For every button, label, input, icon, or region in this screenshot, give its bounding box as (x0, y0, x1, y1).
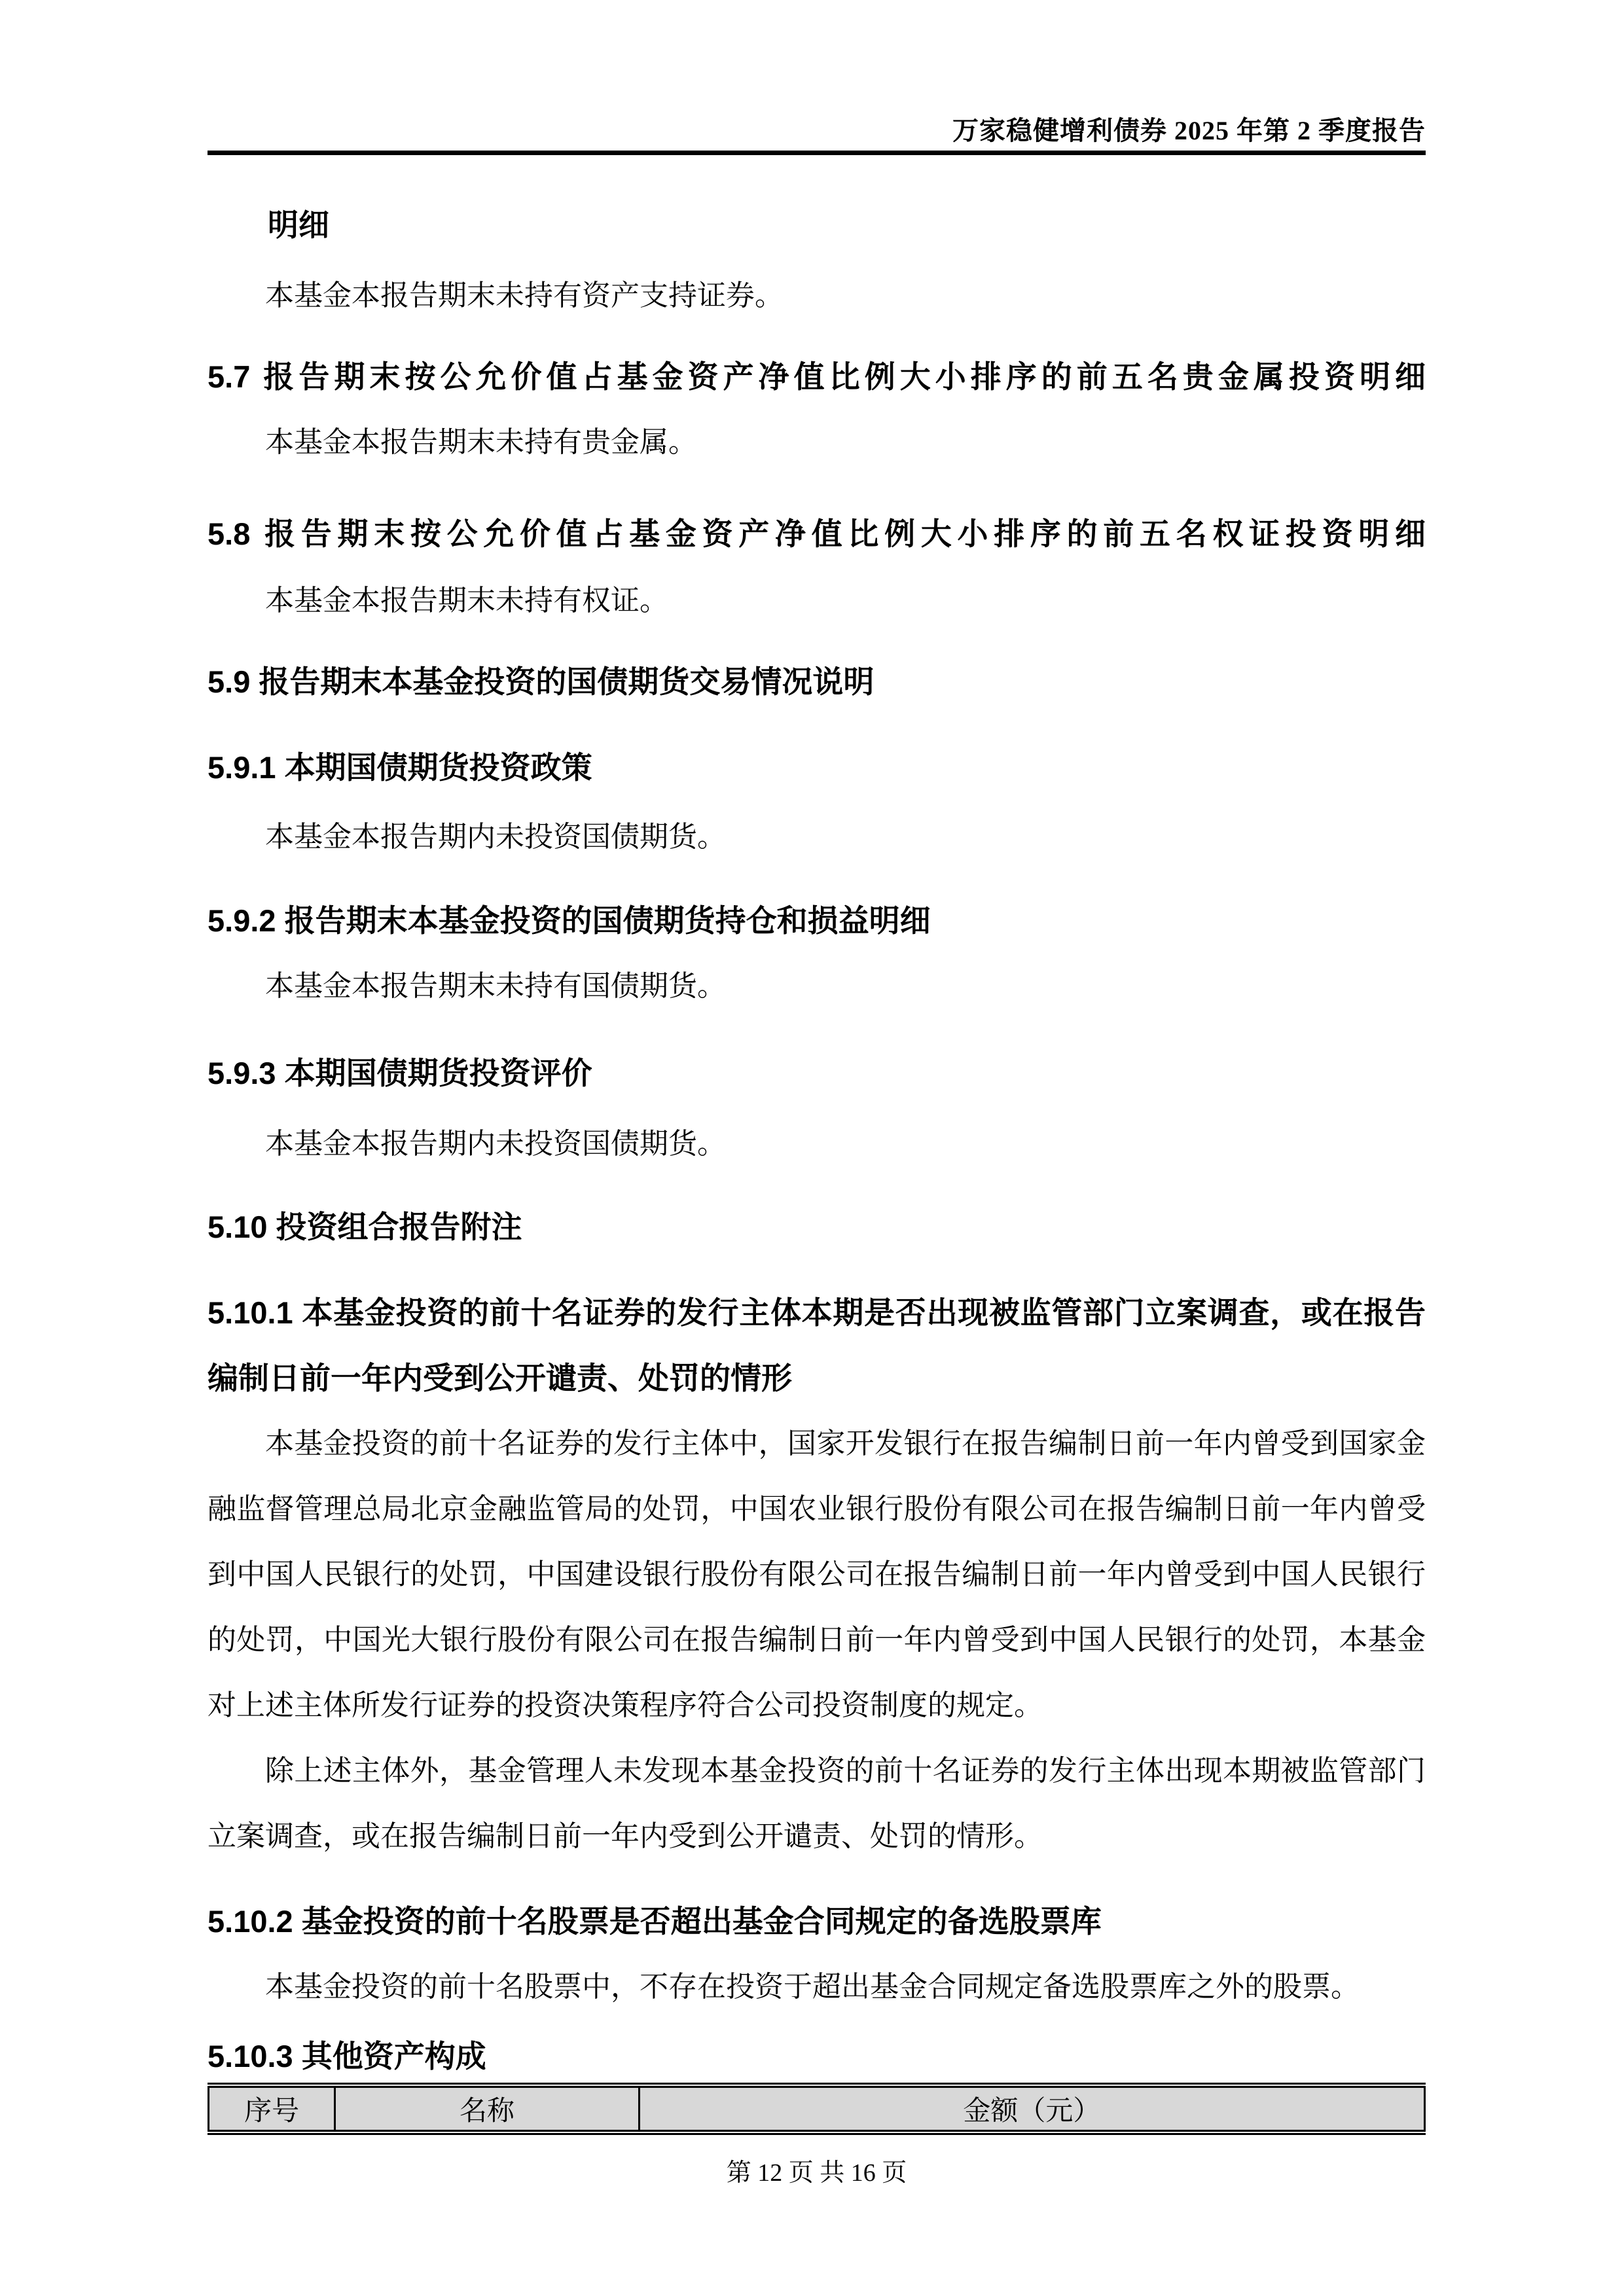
body-paragraph-treasury-policy: 本基金本报告期内未投资国债期货。 (208, 804, 1426, 870)
section-heading-5-6-tail: 明细 (268, 192, 1426, 258)
section-heading-5-10-1: 5.10.1 本基金投资的前十名证券的发行主体本期是否出现被监管部门立案调查，或… (208, 1280, 1426, 1411)
page-content: 万家稳健增利债券 2025 年第 2 季度报告 明细 本基金本报告期末未持有资产… (208, 111, 1426, 2193)
running-header: 万家稳健增利债券 2025 年第 2 季度报告 (208, 111, 1426, 151)
report-page: 万家稳健增利债券 2025 年第 2 季度报告 明细 本基金本报告期末未持有资产… (0, 0, 1624, 2296)
page-number: 第 12 页 共 16 页 (208, 2153, 1426, 2193)
table-header-name: 名称 (335, 2085, 640, 2132)
body-paragraph-abs: 本基金本报告期末未持有资产支持证券。 (208, 263, 1426, 329)
section-heading-5-9-3: 5.9.3 本期国债期货投资评价 (208, 1041, 1426, 1106)
section-heading-5-10-3: 5.10.3 其他资产构成 (208, 2034, 1426, 2079)
other-assets-table: 序号 名称 金额（元） (208, 2083, 1426, 2135)
section-heading-5-10: 5.10 投资组合报告附注 (208, 1194, 1426, 1260)
table-header-amount: 金额（元） (639, 2085, 1424, 2132)
body-paragraph-warrants: 本基金本报告期末未持有权证。 (208, 568, 1426, 634)
body-paragraph-treasury-holding: 本基金本报告期末未持有国债期货。 (208, 954, 1426, 1019)
section-heading-5-9-1: 5.9.1 本期国债期货投资政策 (208, 735, 1426, 800)
table-header-row: 序号 名称 金额（元） (209, 2085, 1425, 2132)
header-rule (208, 151, 1426, 155)
section-heading-5-10-2: 5.10.2 基金投资的前十名股票是否超出基金合同规定的备选股票库 (208, 1889, 1426, 1954)
section-heading-5-8: 5.8 报告期末按公允价值占基金资产净值比例大小排序的前五名权证投资明细 (208, 501, 1426, 567)
body-paragraph-precious-metal: 本基金本报告期末未持有贵金属。 (208, 410, 1426, 475)
body-paragraph-no-other-investigation: 除上述主体外，基金管理人未发现本基金投资的前十名证券的发行主体出现本期被监管部门… (208, 1738, 1426, 1869)
body-paragraph-treasury-eval: 本基金本报告期内未投资国债期货。 (208, 1111, 1426, 1177)
section-heading-5-7: 5.7 报告期末按公允价值占基金资产净值比例大小排序的前五名贵金属投资明细 (208, 344, 1426, 410)
section-heading-5-9: 5.9 报告期末本基金投资的国债期货交易情况说明 (208, 649, 1426, 715)
body-paragraph-stock-pool: 本基金投资的前十名股票中，不存在投资于超出基金合同规定备选股票库之外的股票。 (208, 1954, 1426, 2020)
table-header-index: 序号 (209, 2085, 335, 2132)
body-paragraph-issuer-penalties: 本基金投资的前十名证券的发行主体中，国家开发银行在报告编制日前一年内曾受到国家金… (208, 1411, 1426, 1738)
section-heading-5-9-2: 5.9.2 报告期末本基金投资的国债期货持仓和损益明细 (208, 888, 1426, 954)
